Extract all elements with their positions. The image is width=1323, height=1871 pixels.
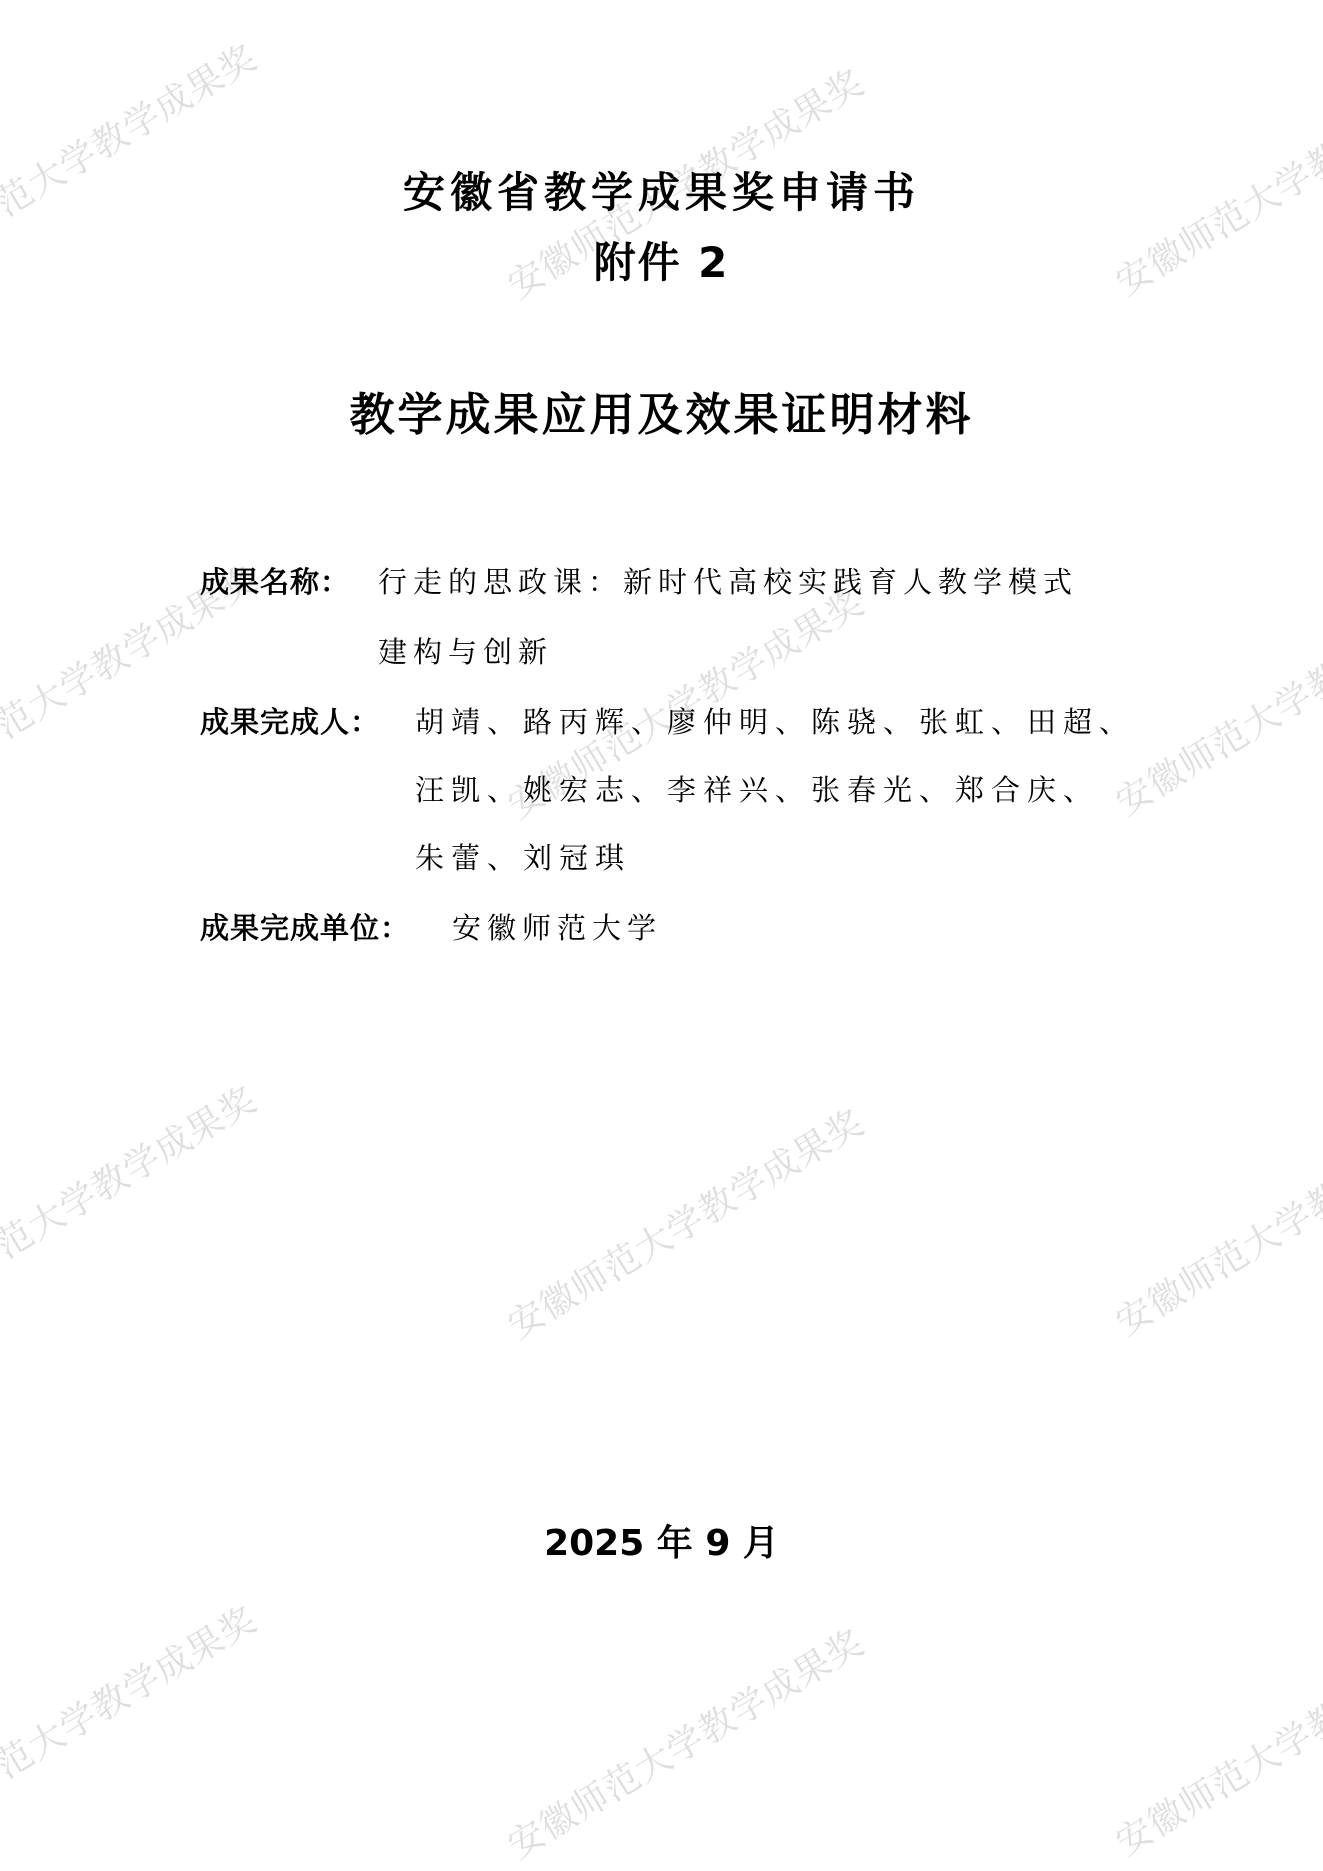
- field-value-line: 胡靖、路丙辉、廖仲明、陈骁、张虹、田超、: [415, 700, 1135, 741]
- field-label: 成果名称：: [200, 560, 350, 601]
- field-value-line: 安徽师范大学: [452, 906, 662, 947]
- document-page: 安徽师范大学教学成果奖 安徽师范大学教学成果奖 安徽师范大学教学成果奖 安徽师范…: [0, 0, 1323, 1871]
- field-value-line: 行走的思政课：新时代高校实践育人教学模式: [378, 560, 1078, 601]
- field-label: 成果完成单位：: [200, 906, 410, 947]
- attachment-number: 附件 2: [0, 238, 1323, 288]
- field-value-line: 汪凯、姚宏志、李祥兴、张春光、郑合庆、: [415, 768, 1099, 809]
- document-subtitle: 教学成果应用及效果证明材料: [0, 388, 1323, 442]
- document-title: 安徽省教学成果奖申请书: [0, 168, 1323, 218]
- field-label: 成果完成人：: [200, 700, 380, 741]
- document-date: 2025 年 9 月: [0, 1520, 1323, 1568]
- document-content: 安徽省教学成果奖申请书 附件 2 教学成果应用及效果证明材料 成果名称： 行走的…: [0, 0, 1323, 1871]
- field-value-line: 建构与创新: [378, 630, 553, 671]
- field-value-line: 朱蕾、刘冠琪: [415, 836, 631, 877]
